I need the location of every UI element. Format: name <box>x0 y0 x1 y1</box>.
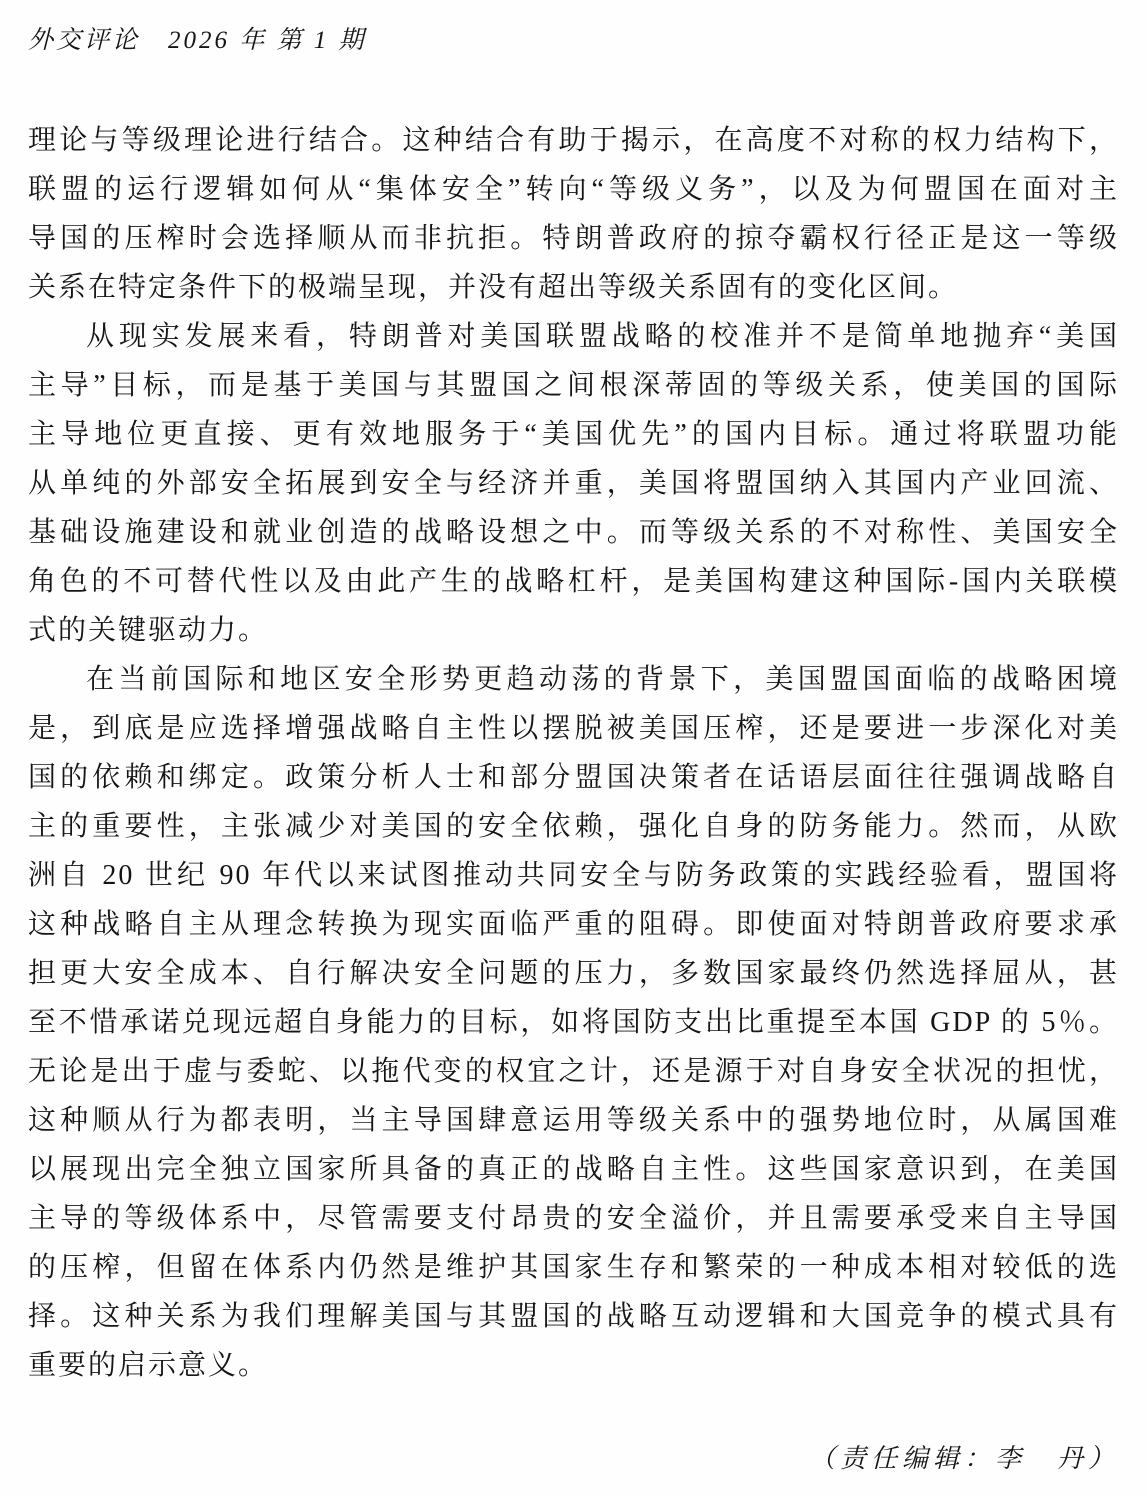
page-footer: （责任编辑：李 丹） <box>28 1442 1119 1476</box>
text-line: 主导地位更直接、更有效地服务于“美国优先”的国内目标。通过将联盟功能 <box>28 410 1119 459</box>
text-line: 这种顺从行为都表明，当主导国肆意运用等级关系中的强势地位时，从属国难 <box>28 1096 1119 1145</box>
text-line: 关系在特定条件下的极端呈现，并没有超出等级关系固有的变化区间。 <box>28 263 1119 312</box>
editor-credit: （责任编辑：李 丹） <box>809 1444 1119 1473</box>
text-line: 这种战略自主从理念转换为现实面临严重的阻碍。即使面对特朗普政府要求承 <box>28 900 1119 949</box>
text-line: 导国的压榨时会选择顺从而非抗拒。特朗普政府的掠夺霸权行径正是这一等级 <box>28 214 1119 263</box>
text-line: 担更大安全成本、自行解决安全问题的压力，多数国家最终仍然选择屈从，甚 <box>28 949 1119 998</box>
text-line: 理论与等级理论进行结合。这种结合有助于揭示，在高度不对称的权力结构下， <box>28 116 1119 165</box>
text-line: 至不惜承诺兑现远超自身能力的目标，如将国防支出比重提至本国 GDP 的 5％。 <box>28 998 1119 1047</box>
journal-page: 外交评论 2026 年 第 1 期 理论与等级理论进行结合。这种结合有助于揭示，… <box>0 0 1147 1495</box>
text-line: 主的重要性，主张减少对美国的安全依赖，强化自身的防务能力。然而，从欧 <box>28 802 1119 851</box>
text-line: 无论是出于虚与委蛇、以拖代变的权宜之计，还是源于对自身安全状况的担忧， <box>28 1047 1119 1096</box>
text-line: 从单纯的外部安全拓展到安全与经济并重，美国将盟国纳入其国内产业回流、 <box>28 459 1119 508</box>
text-line: 洲自 20 世纪 90 年代以来试图推动共同安全与防务政策的实践经验看，盟国将 <box>28 851 1119 900</box>
paragraph: 在当前国际和地区安全形势更趋动荡的背景下，美国盟国面临的战略困境是，到底是应选择… <box>28 655 1119 1390</box>
text-line: 择。这种关系为我们理解美国与其盟国的战略互动逻辑和大国竞争的模式具有 <box>28 1292 1119 1341</box>
text-line: 联盟的运行逻辑如何从“集体安全”转向“等级义务”，以及为何盟国在面对主 <box>28 165 1119 214</box>
text-line: 角色的不可替代性以及由此产生的战略杠杆，是美国构建这种国际-国内关联模 <box>28 557 1119 606</box>
text-line: 以展现出完全独立国家所具备的真正的战略自主性。这些国家意识到，在美国 <box>28 1145 1119 1194</box>
journal-title-issue: 外交评论 2026 年 第 1 期 <box>28 27 367 54</box>
page-header: 外交评论 2026 年 第 1 期 <box>28 24 1119 58</box>
text-line: 的压榨，但留在体系内仍然是维护其国家生存和繁荣的一种成本相对较低的选 <box>28 1243 1119 1292</box>
paragraph: 理论与等级理论进行结合。这种结合有助于揭示，在高度不对称的权力结构下，联盟的运行… <box>28 116 1119 312</box>
text-line: 基础设施建设和就业创造的战略设想之中。而等级关系的不对称性、美国安全 <box>28 508 1119 557</box>
text-line: 国的依赖和绑定。政策分析人士和部分盟国决策者在话语层面往往强调战略自 <box>28 753 1119 802</box>
paragraph: 从现实发展来看，特朗普对美国联盟战略的校准并不是简单地抛弃“美国主导”目标，而是… <box>28 312 1119 655</box>
text-line: 式的关键驱动力。 <box>28 606 1119 655</box>
text-line: 重要的启示意义。 <box>28 1341 1119 1390</box>
text-line: 主导的等级体系中，尽管需要支付昂贵的安全溢价，并且需要承受来自主导国 <box>28 1194 1119 1243</box>
text-line: 是，到底是应选择增强战略自主性以摆脱被美国压榨，还是要进一步深化对美 <box>28 704 1119 753</box>
text-line: 主导”目标，而是基于美国与其盟国之间根深蒂固的等级关系，使美国的国际 <box>28 361 1119 410</box>
article-body: 理论与等级理论进行结合。这种结合有助于揭示，在高度不对称的权力结构下，联盟的运行… <box>28 116 1119 1390</box>
text-line: 从现实发展来看，特朗普对美国联盟战略的校准并不是简单地抛弃“美国 <box>28 312 1119 361</box>
text-line: 在当前国际和地区安全形势更趋动荡的背景下，美国盟国面临的战略困境 <box>28 655 1119 704</box>
